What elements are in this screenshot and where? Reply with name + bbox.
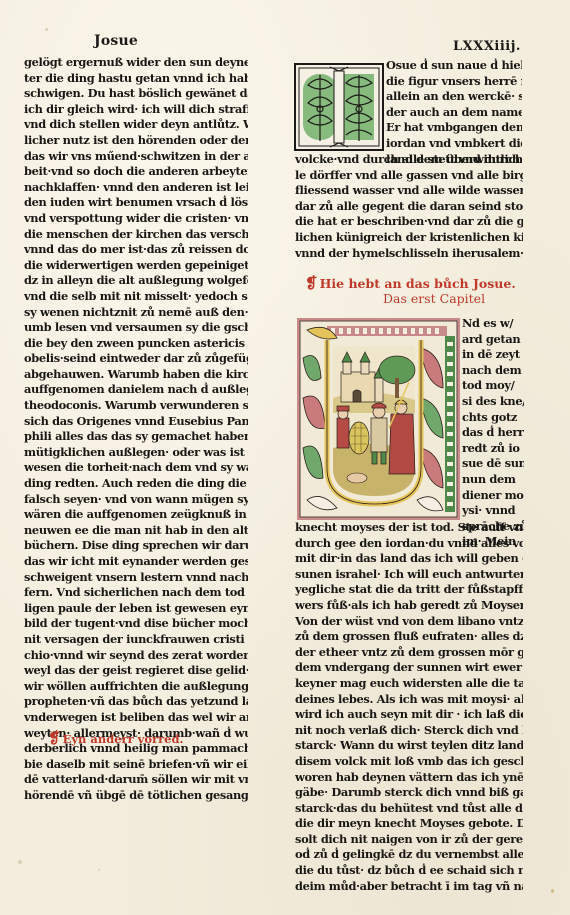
text-line: deim můd·aber betracht ī im tag vñ nacht — [295, 879, 523, 895]
text-line: sy wenen nichtznit zů nemē auß den· wor — [24, 305, 248, 321]
text-line: schweigent vnsern lestern vnnd nachkläf/ — [24, 570, 248, 586]
text-line: auffgenomen danielem nach ḋ außlegūg — [24, 382, 248, 398]
text-line: redt zů io — [462, 441, 524, 457]
text-line: oḋ zů ḋ gelingkē dz du vernembst alle di… — [295, 847, 523, 863]
rubric-text: Eyn anderr vorred. — [63, 732, 184, 746]
text-line: bild der tugent·vnd dise bücher mocht ic… — [24, 616, 248, 632]
text-line: schwigen. Du hast böslich gewänet das — [24, 86, 248, 102]
text-line: diener mo — [462, 488, 524, 504]
text-line: disem volck mit loß vmb das ich gesch/ — [295, 754, 523, 770]
text-line: sich das Origenes vnnd Eusebius Pan/ — [24, 414, 248, 430]
text-line: die du tůst· dz bůch ḋ ee schaid sich ni… — [295, 863, 523, 879]
text-line: Osue ḋ sun naue ḋ hielt — [386, 58, 522, 74]
chapter-text-beside-initial: Nd es w/ ard getan in dē zeyt nach dem t… — [462, 316, 524, 550]
text-line: phili alles das das sy gemachet haben ei… — [24, 429, 248, 445]
text-line: fern. Vnd sicherlichen nach dem tod ḋ he… — [24, 585, 248, 601]
text-line: wird ich auch seyn mit dir · ich laß dic… — [295, 707, 523, 723]
text-line: falsch seyen· vnd von wann mügen sy be- — [24, 492, 248, 508]
text-line: zů dem grossen fluß eufraten· alles dz l… — [295, 629, 523, 645]
text-line: sunen israhel· Ich will euch antwurten e… — [295, 567, 523, 583]
text-line: vnd die selb mit nit misselt· yedoch söl… — [24, 289, 248, 305]
text-line: solt dich nit naigen von ir zů der gerec… — [295, 832, 523, 848]
text-line: wers fůß·als ich hab geredt zů Moysen. — [295, 598, 523, 614]
chapter-text: knecht moyses der ist tod. Ste auff vnnd… — [295, 520, 523, 894]
paper-speck — [18, 860, 22, 864]
text-line: nit versagen der iunckfrauwen cristi eus… — [24, 632, 248, 648]
text-line: dz in alleyn die alt außlegung wolgefelt — [24, 273, 248, 289]
text-line: wären die auffgenomen zeügknuß in der — [24, 507, 248, 523]
intro-text: volcke·vnd durch alle stett vnd durch al… — [295, 152, 523, 261]
rubric-book-heading: ❡Hie hebt an das bůch Josue. — [305, 274, 516, 292]
text-line: mütigklichen außlegen· oder was ist ge/ — [24, 445, 248, 461]
text-line: vnnd der hymelschlisseln iherusalem· — [295, 246, 523, 262]
text-line: knecht moyses der ist tod. Ste auff vnnd — [295, 520, 523, 536]
pilcrow-icon: ❡ — [48, 729, 61, 747]
text-line: das ḋ herr — [462, 425, 524, 441]
text-line: vnd dich stellen wider deyn antlůtz. We- — [24, 117, 248, 133]
text-line: Von der wüst vnd von dem libano vntz — [295, 614, 523, 630]
left-column-text: gelögt ergernuß wider den sun deyner mů-… — [24, 55, 248, 804]
pilcrow-icon: ❡ — [305, 274, 318, 292]
text-line: ard getan — [462, 332, 524, 348]
text-line: vnnd das do mer ist·das zů reissen do vo… — [24, 242, 248, 258]
text-line: abgehauwen. Warumb haben die kirchē — [24, 367, 248, 383]
text-line: nit noch verlaß dich· Sterck dich vnd bi… — [295, 723, 523, 739]
text-line: mit dir·in das land das ich will geben d… — [295, 551, 523, 567]
text-line: nun dem — [462, 472, 524, 488]
text-line: das wir icht mit eynander werden geschē — [24, 554, 248, 570]
text-line: deines lebes. Als ich was mit moysi· als… — [295, 692, 523, 708]
text-line: wir wöllen auffrichten die außlegung der — [24, 679, 248, 695]
paper-speck — [551, 889, 554, 893]
text-line: iordan vnd vmbkert die — [386, 136, 522, 152]
text-line: chts gotz — [462, 410, 524, 426]
text-line: allein an den werckē· sun — [386, 89, 522, 105]
book-page: Josue LXXXiiij. gelögt ergernuß wider de… — [0, 0, 570, 915]
text-line: gelögt ergernuß wider den sun deyner mů- — [24, 55, 248, 71]
text-line: nachklaffen· vnnd den anderen ist leid d… — [24, 180, 248, 196]
text-line: neuwen ee die man nit hab in den alten — [24, 523, 248, 539]
text-line: dar zů alle gegent die daran seind stoss… — [295, 199, 523, 215]
text-line: in dē zeyt — [462, 347, 524, 363]
rubric-text: Hie hebt an das bůch Josue. — [320, 276, 516, 291]
text-line: yegliche stat die da tritt der fůßstapff… — [295, 582, 523, 598]
text-line: durch gee den iordan·du vnnd alles volck — [295, 536, 523, 552]
text-line: die menschen der kirchen das verschmehē· — [24, 227, 248, 243]
text-line: ich dir gleich wird· ich will dich straf… — [24, 102, 248, 118]
text-line: wesen die torheit·nach dem vnd sy ware — [24, 460, 248, 476]
text-line: vnd verspottung wider die cristen· vnd d… — [24, 211, 248, 227]
text-line: propheten·vñ das bůch das yetzund lang — [24, 694, 248, 710]
text-line: hörendē vñ übgē dē tötlichen gesang ḋ sy… — [24, 788, 248, 804]
text-line: dem vndergang der sunnen wirt ewer zil — [295, 660, 523, 676]
text-line: Nd es w/ — [462, 316, 524, 332]
text-line: ding redten. Auch reden die ding die da — [24, 476, 248, 492]
text-line: starck·das du behütest vnd tůst alle die… — [295, 801, 523, 817]
text-line: die bey den zween puncken astericis vnd — [24, 336, 248, 352]
woodcut-initial-i-icon — [294, 63, 384, 151]
text-line: büchern. Dise ding sprechen wir darumb — [24, 538, 248, 554]
text-line: die widerwertigen werden gepeiniget· ist — [24, 258, 248, 274]
text-line: woren hab deynen vättern das ich ynē das — [295, 770, 523, 786]
text-line: obelis·seind eintweder dar zů zůgefügt o… — [24, 351, 248, 367]
text-line: Er hat vmbgangen den — [386, 120, 522, 136]
intro-text-beside-initial: Osue ḋ sun naue ḋ hielt die figur vnsers… — [386, 58, 522, 167]
text-line: bie daselb mit seinē briefen·vñ wir eile… — [24, 757, 248, 773]
text-line: vnderwegen ist beliben das wel wir ander — [24, 710, 248, 726]
text-line: nach dem — [462, 363, 524, 379]
historiated-initial-u-icon — [297, 318, 460, 520]
text-line: die hat er beschriben·vnd dar zů die gey… — [295, 214, 523, 230]
text-line: die figur vnsers herrē nit — [386, 74, 522, 90]
running-head: Josue — [94, 33, 138, 49]
text-line: chio·vnnd wir seynd des zerat worden die — [24, 648, 248, 664]
text-line: umb lesen vnd versaumen sy die gschrifft — [24, 320, 248, 336]
paper-speck — [45, 28, 48, 31]
text-line: weyl das der geist regieret dise gelid· … — [24, 663, 248, 679]
text-line: das wir vns műend·schwitzen in der ar/ — [24, 149, 248, 165]
text-line: gäbe· Darumb sterck dich vnnd biß gar — [295, 785, 523, 801]
rubric-another-preface: ❡Eyn anderr vorred. — [48, 729, 184, 747]
text-line: volcke·vnd durch alle stett vnd durch al — [295, 152, 523, 168]
rubric-chapter-heading: Das erst Capitel — [383, 291, 485, 306]
text-line: ysi· vnnd — [462, 503, 524, 519]
text-line: fliessend wasser vnd alle wilde wasser·v… — [295, 183, 523, 199]
folio-number: LXXXiiij. — [453, 39, 521, 54]
text-line: die dir meyn knecht Moyses gebote. Du — [295, 816, 523, 832]
text-line: licher nutz ist den hörenden oder den le… — [24, 133, 248, 149]
paper-speck — [98, 869, 100, 871]
text-line: ligen paule der leben ist gewesen eyn eb… — [24, 601, 248, 617]
text-line: dē vatterland·darum̄ söllen wir mit vnge — [24, 772, 248, 788]
text-line: tod moy/ — [462, 378, 524, 394]
text-line: beit·vnd so doch die anderen arbeyten mi… — [24, 164, 248, 180]
text-line: lichen künigreich der kristenlichen kirc… — [295, 230, 523, 246]
text-line: si des kne/ — [462, 394, 524, 410]
text-line: le dörffer vnd alle gassen vnd alle birg… — [295, 168, 523, 184]
text-line: theodoconis. Warumb verwunderen sy — [24, 398, 248, 414]
text-line: der etheer vntz zů dem grossen mōr gegen — [295, 645, 523, 661]
text-line: starck· Wann du wirst teylen ditz lande — [295, 738, 523, 754]
text-line: keyner mag euch widersten alle die tage — [295, 676, 523, 692]
text-line: der auch an dem namen· — [386, 105, 522, 121]
text-line: den iuden wirt benumen vrsach ḋ lösterūg — [24, 195, 248, 211]
text-line: ter die ding hastu getan vnnd ich hab ge — [24, 71, 248, 87]
text-line: sue dē sun — [462, 456, 524, 472]
